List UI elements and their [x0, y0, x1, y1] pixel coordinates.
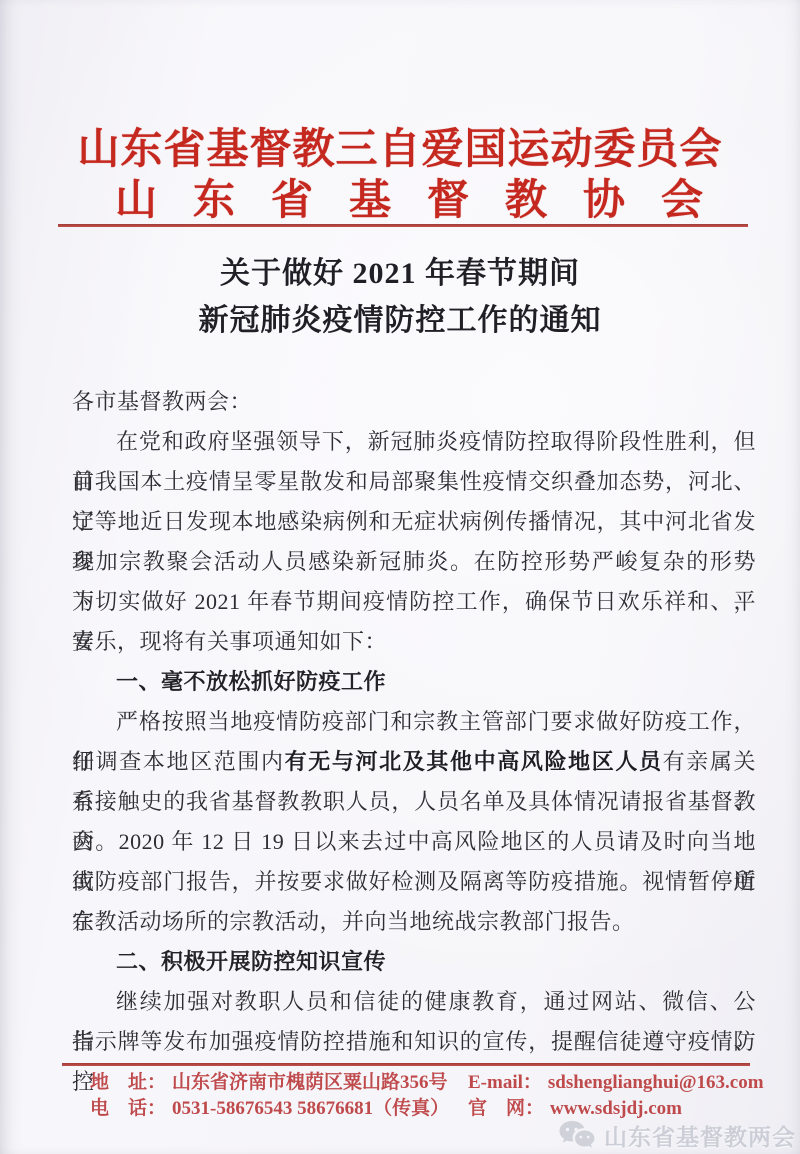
phone-row: 电 话：0531-58676543 58676681（传真） — [90, 1096, 468, 1122]
body-text-bold: 有无与河北及其他中高风险地区人员 — [285, 749, 663, 774]
email-label: E-mail： — [468, 1072, 542, 1093]
section-heading-1: 一、毫不放松抓好防疫工作 — [72, 662, 756, 702]
header-divider — [58, 224, 748, 227]
body-line: 宁等地近日发现本地感染病例和无症状病例传播情况，其中河北省发现 — [72, 502, 756, 542]
watermark-text: 山东省基督教两会 — [604, 1119, 796, 1152]
address-label: 地 址： — [90, 1072, 166, 1093]
body-line: 或防疫部门报告，并按要求做好检测及隔离等防疫措施。视情暂停所在 — [72, 862, 756, 902]
body-line: 为切实做好 2021 年春节期间疫情防控工作，确保节日欢乐祥和、平安 — [72, 582, 756, 622]
body-line: 指示牌等发布加强疫情防控措施和知识的宣传，提醒信徒遵守疫情防控 — [72, 1022, 756, 1062]
footer-right-column: E-mail：sdshenglianghui@163.com 官 网：www.s… — [468, 1070, 770, 1122]
body-line: 喜乐，现将有关事项通知如下： — [72, 622, 756, 662]
body-line: 在党和政府坚强领导下，新冠肺炎疫情防控取得阶段性胜利，但目 — [72, 422, 756, 462]
body-line: 前我国本土疫情呈零星散发和局部聚集性疫情交织叠加态势，河北、辽 — [72, 462, 756, 502]
website-label: 官 网： — [468, 1098, 544, 1119]
footer-left-column: 地 址：山东省济南市槐荫区粟山路356号 电 话：0531-58676543 5… — [90, 1070, 468, 1122]
body-line: 继续加强对教职人员和信徒的健康教育，通过网站、微信、公告、 — [72, 982, 756, 1022]
website-value: www.sdsjdj.com — [550, 1098, 682, 1119]
footer-contact: 地 址：山东省济南市槐荫区粟山路356号 电 话：0531-58676543 5… — [90, 1070, 770, 1122]
wechat-watermark: 山东省基督教两会 — [558, 1118, 796, 1152]
body-text: 细调查本地区范围内 — [72, 749, 285, 774]
phone-value: 0531-58676543 58676681（传真） — [172, 1098, 449, 1119]
body-line: 会。2020 年 12 日 19 日以来去过中高风险地区的人员请及时向当地街道 — [72, 822, 756, 862]
body-line: 严格按照当地疫情防疫部门和宗教主管部门要求做好防疫工作，仔 — [72, 702, 756, 742]
body-line: 参加宗教聚会活动人员感染新冠肺炎。在防控形势严峻复杂的形势下， — [72, 542, 756, 582]
body-line: 细调查本地区范围内有无与河北及其他中高风险地区人员有亲属关系、 — [72, 742, 756, 782]
org-name-line2: 山东省基督教协会 — [18, 176, 800, 226]
phone-label: 电 话： — [90, 1098, 166, 1119]
wechat-icon — [558, 1119, 600, 1151]
footer-divider — [62, 1063, 750, 1066]
title-line2: 新冠肺炎疫情防控工作的通知 — [0, 297, 800, 344]
document-body: 各市基督教两会： 在党和政府坚强领导下，新冠肺炎疫情防控取得阶段性胜利，但目 前… — [72, 382, 756, 1062]
org-name-line1: 山东省基督教三自爱国运动委员会 — [0, 124, 800, 176]
email-value: sdshenglianghui@163.com — [548, 1072, 764, 1093]
address-value: 山东省济南市槐荫区粟山路356号 — [172, 1072, 448, 1093]
body-line: 宗教活动场所的宗教活动，并向当地统战宗教部门报告。 — [72, 902, 756, 942]
document-title: 关于做好 2021 年春节期间 新冠肺炎疫情防控工作的通知 — [0, 250, 800, 344]
address-row: 地 址：山东省济南市槐荫区粟山路356号 — [90, 1070, 468, 1096]
section-heading-2: 二、积极开展防控知识宣传 — [72, 942, 756, 982]
salutation: 各市基督教两会： — [72, 382, 756, 422]
title-line1: 关于做好 2021 年春节期间 — [0, 250, 800, 297]
document-page: 山东省基督教三自爱国运动委员会 山东省基督教协会 关于做好 2021 年春节期间… — [0, 0, 800, 1154]
email-row: E-mail：sdshenglianghui@163.com — [468, 1070, 770, 1096]
body-line: 有接触史的我省基督教教职人员，人员名单及具体情况请报省基督教两 — [72, 782, 756, 822]
